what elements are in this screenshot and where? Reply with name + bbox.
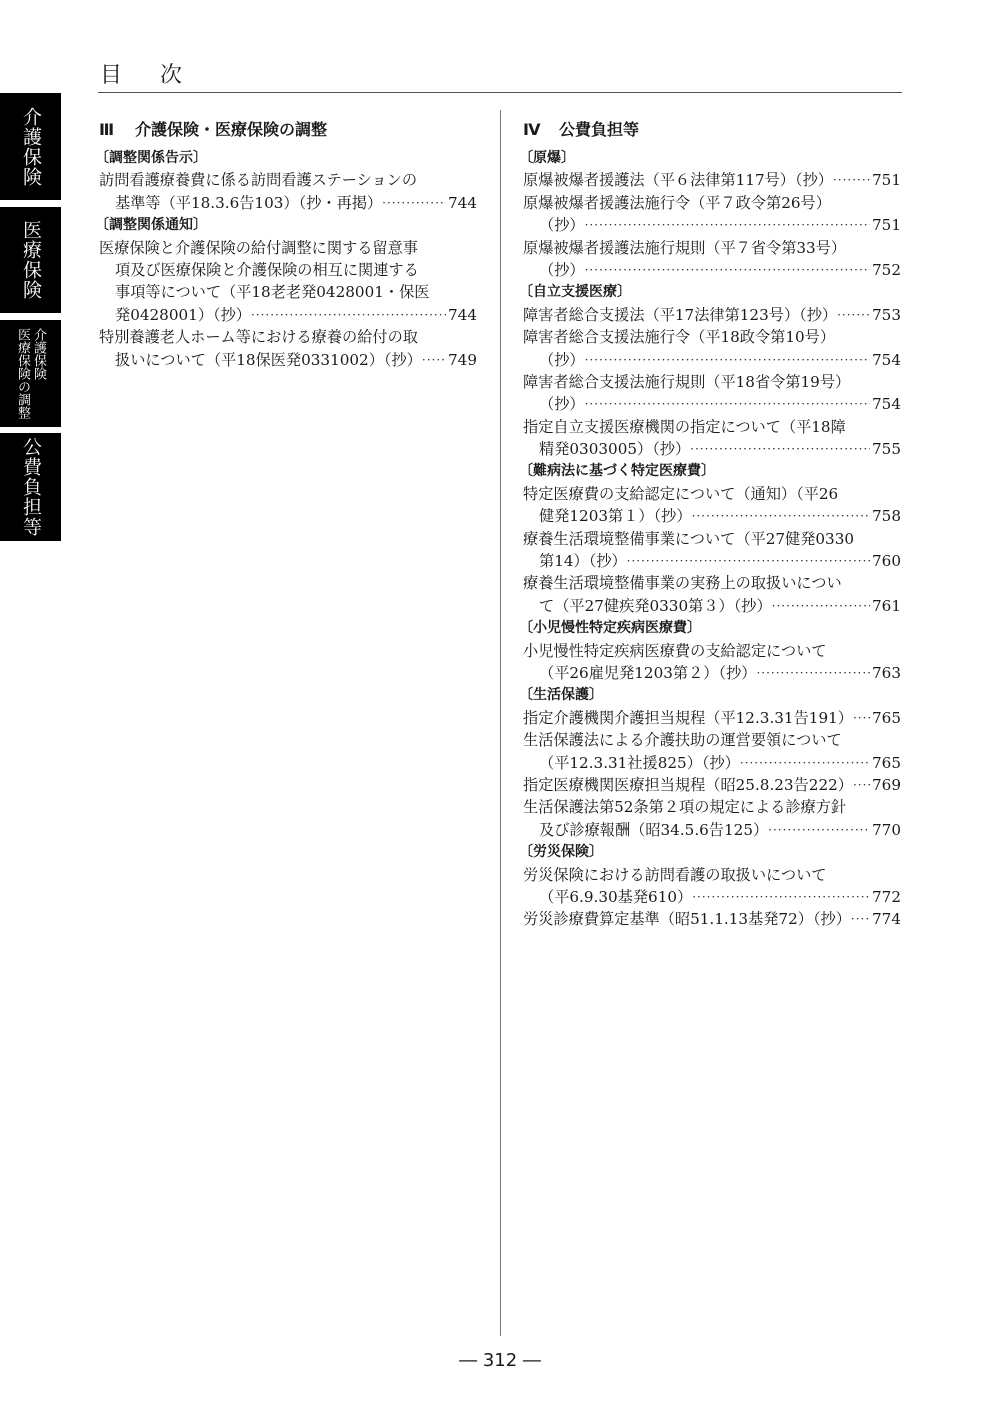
- page-title-char: 次: [160, 58, 182, 89]
- toc-entry[interactable]: 労災診療費算定基準（昭51.1.13基発72）（抄）774: [523, 908, 901, 930]
- header-rule: [98, 92, 902, 93]
- page-ref[interactable]: 770: [870, 819, 901, 841]
- category-label: 〔自立支援医療〕: [519, 281, 901, 303]
- toc-entry[interactable]: 医療保険と介護保険の給付調整に関する留意事 項及び医療保険と介護保険の相互に関連…: [99, 237, 477, 327]
- category-label: 〔生活保護〕: [519, 684, 901, 706]
- section-heading: Ⅳ公費負担等: [523, 113, 901, 147]
- page-title: 目次: [100, 58, 182, 89]
- leader-dots: [251, 304, 446, 326]
- category-label: 〔調整関係通知〕: [95, 214, 477, 236]
- leader-dots: [740, 752, 870, 774]
- page-ref[interactable]: 751: [870, 169, 901, 191]
- side-tab-label: 公費負担等: [21, 437, 40, 537]
- side-tab-label: 介護保険: [21, 107, 40, 187]
- leader-dots: [853, 774, 870, 796]
- toc-entry[interactable]: 生活保護法第52条第２項の規定による診療方針 及び診療報酬（昭34.5.6告12…: [523, 796, 901, 841]
- page-title-char: 目: [100, 58, 122, 89]
- page-ref[interactable]: 758: [870, 505, 901, 527]
- category-label: 〔原爆〕: [519, 147, 901, 169]
- category-label: 〔難病法に基づく特定医療費〕: [519, 460, 901, 482]
- page-ref[interactable]: 763: [870, 662, 901, 684]
- leader-dots: [756, 662, 870, 684]
- category-label: 〔調整関係告示〕: [95, 147, 477, 169]
- side-tab-iryo-hoken[interactable]: 医療保険: [0, 207, 61, 313]
- page-number: ― 312 ―: [0, 1350, 1000, 1371]
- page-ref[interactable]: 761: [870, 595, 901, 617]
- leader-dots: [585, 349, 870, 371]
- toc-entry[interactable]: 原爆被爆者援護法施行令（平７政令第26号） （抄）751: [523, 192, 901, 237]
- leader-dots: [585, 214, 870, 236]
- toc-entry[interactable]: 労災保険における訪問看護の取扱いについて （平6.9.30基発610）772: [523, 864, 901, 909]
- side-tab-chosei[interactable]: 介護保険 医療保険の調整: [0, 320, 61, 427]
- toc-entry[interactable]: 指定自立支援医療機関の指定について（平18障 精発0303005）（抄）755: [523, 416, 901, 461]
- side-tab-kohi-futan[interactable]: 公費負担等: [0, 433, 61, 541]
- leader-dots: [837, 304, 870, 326]
- toc-entry[interactable]: 障害者総合支援法施行規則（平18省令第19号） （抄）754: [523, 371, 901, 416]
- toc-column-left: Ⅲ介護保険・医療保険の調整 〔調整関係告示〕 訪問看護療養費に係る訪問看護ステー…: [99, 113, 477, 371]
- page-ref[interactable]: 752: [870, 259, 901, 281]
- section-heading: Ⅲ介護保険・医療保険の調整: [99, 113, 477, 147]
- category-label: 〔小児慢性特定疾病医療費〕: [519, 617, 901, 639]
- toc-entry[interactable]: 訪問看護療養費に係る訪問看護ステーションの 基準等（平18.3.6告103）（抄…: [99, 169, 477, 214]
- leader-dots: [690, 438, 870, 460]
- section-title: 公費負担等: [559, 120, 639, 139]
- toc-entry[interactable]: 療養生活環境整備事業の実務上の取扱いについ て（平27健疾発0330第３）（抄）…: [523, 572, 901, 617]
- side-tab-kaigo-hoken[interactable]: 介護保険: [0, 93, 61, 200]
- page-ref[interactable]: 769: [870, 774, 901, 796]
- page-ref[interactable]: 754: [870, 349, 901, 371]
- leader-dots: [585, 259, 870, 281]
- page-ref[interactable]: 755: [870, 438, 901, 460]
- page-ref[interactable]: 751: [870, 214, 901, 236]
- toc-entry[interactable]: 指定介護機関介護担当規程（平12.3.31告191）765: [523, 707, 901, 729]
- column-divider: [500, 110, 501, 1336]
- page-ref[interactable]: 765: [870, 752, 901, 774]
- page-ref[interactable]: 744: [446, 192, 477, 214]
- leader-dots: [772, 595, 870, 617]
- page-ref[interactable]: 772: [870, 886, 901, 908]
- toc-entry[interactable]: 指定医療機関医療担当規程（昭25.8.23告222）769: [523, 774, 901, 796]
- toc-entry[interactable]: 生活保護法による介護扶助の運営要領について （平12.3.31社援825）（抄）…: [523, 729, 901, 774]
- toc-entry[interactable]: 障害者総合支援法施行令（平18政令第10号） （抄）754: [523, 326, 901, 371]
- toc-entry[interactable]: 障害者総合支援法（平17法律第123号）（抄）753: [523, 304, 901, 326]
- leader-dots: [382, 192, 446, 214]
- leader-dots: [692, 505, 870, 527]
- section-title: 介護保険・医療保険の調整: [135, 120, 327, 139]
- section-number: Ⅳ: [523, 113, 559, 147]
- toc-entry[interactable]: 小児慢性特定疾病医療費の支給認定について （平26雇児発1203第２）（抄）76…: [523, 640, 901, 685]
- side-tab-label: 医療保険: [21, 220, 40, 300]
- page-ref[interactable]: 774: [870, 908, 901, 930]
- leader-dots: [833, 169, 870, 191]
- toc-entry[interactable]: 特定医療費の支給認定について（通知）（平26 健発1203第１）（抄）758: [523, 483, 901, 528]
- leader-dots: [692, 886, 870, 908]
- leader-dots: [768, 819, 870, 841]
- toc-entry[interactable]: 原爆被爆者援護法（平６法律第117号）（抄）751: [523, 169, 901, 191]
- section-number: Ⅲ: [99, 113, 135, 147]
- toc-entry[interactable]: 療養生活環境整備事業について（平27健発0330 第14）（抄）760: [523, 528, 901, 573]
- leader-dots: [851, 908, 870, 930]
- category-label: 〔労災保険〕: [519, 841, 901, 863]
- page-ref[interactable]: 754: [870, 393, 901, 415]
- leader-dots: [853, 707, 870, 729]
- side-tab-label: 医療保険の調整: [15, 328, 30, 419]
- toc-entry[interactable]: 特別養護老人ホーム等における療養の給付の取 扱いについて（平18保医発03310…: [99, 326, 477, 371]
- leader-dots: [422, 349, 446, 371]
- side-tab-label: 介護保険: [31, 328, 46, 380]
- page-ref[interactable]: 760: [870, 550, 901, 572]
- page-ref[interactable]: 744: [446, 304, 477, 326]
- page-ref[interactable]: 765: [870, 707, 901, 729]
- page-ref[interactable]: 749: [446, 349, 477, 371]
- leader-dots: [585, 393, 870, 415]
- toc-entry[interactable]: 原爆被爆者援護法施行規則（平７省令第33号） （抄）752: [523, 237, 901, 282]
- leader-dots: [627, 550, 870, 572]
- page-ref[interactable]: 753: [870, 304, 901, 326]
- toc-column-right: Ⅳ公費負担等 〔原爆〕 原爆被爆者援護法（平６法律第117号）（抄）751 原爆…: [523, 113, 901, 931]
